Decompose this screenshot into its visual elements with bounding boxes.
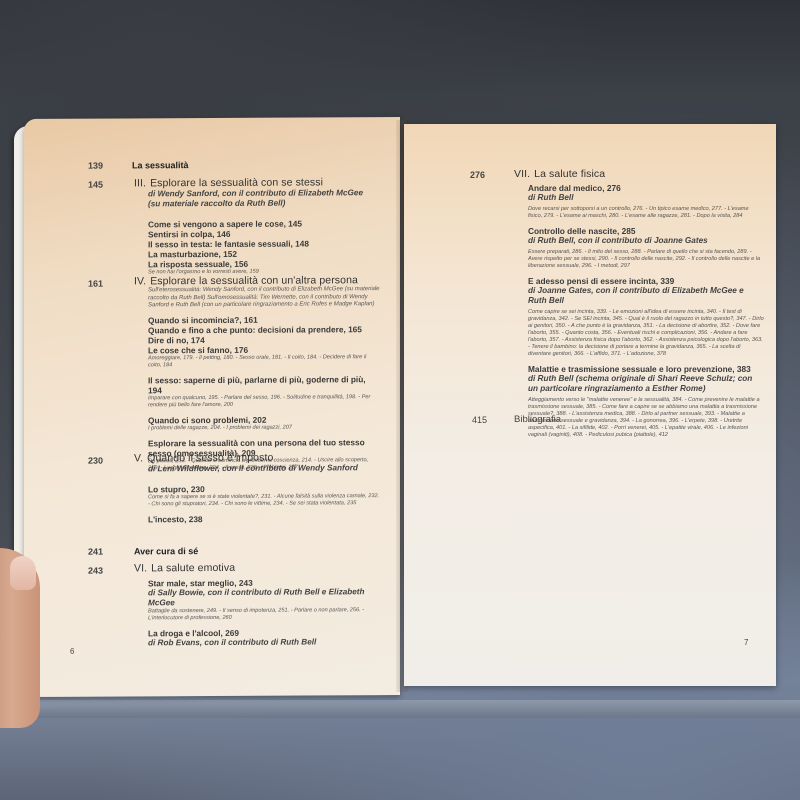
topic: Malattie e trasmissione sessuale e loro …: [528, 364, 764, 374]
subtopics: Dove recarsi per sottoporsi a un control…: [528, 206, 764, 220]
subtopics: Come capire se sei incinta, 339. - Le em…: [528, 309, 764, 358]
subtopics: Amoreggiare, 179. - Il petting, 180. - S…: [148, 354, 380, 369]
topic-author: di Ruth Bell (schema originale di Shari …: [528, 374, 764, 394]
left-page: 139 La sessualità 145 III.Esplorare la s…: [24, 117, 400, 697]
topic: E adesso pensi di essere incinta, 339: [528, 276, 764, 286]
subtopics: Battaglie da sostenere, 249. - Il senso …: [148, 607, 384, 622]
topic-author: di Joanne Gates, con il contributo di El…: [528, 286, 764, 306]
bibliography-title: Bibliografia: [514, 414, 561, 425]
topic: Controllo delle nascite, 285: [528, 226, 764, 236]
topic-list: Come si vengono a sapere le cose, 145 Se…: [148, 218, 374, 276]
chapter-author: di Wendy Sanford, con il contributo di E…: [148, 188, 374, 209]
topic-list: Quando si incomincia?, 161 Quando e fino…: [148, 314, 380, 472]
topic-list: Star male, star meglio, 243 di Sally Bow…: [148, 577, 384, 648]
chapter-page-number: 161: [88, 279, 103, 289]
topic-author: di Sally Bowie, con il contributo di Rut…: [148, 587, 384, 608]
part-title: La sessualità: [132, 160, 189, 170]
page-number: 7: [744, 638, 748, 647]
open-book: 139 La sessualità 145 III.Esplorare la s…: [0, 0, 800, 800]
chapter-title: VI.La salute emotiva: [134, 561, 384, 574]
subtopics: I problemi delle ragazze, 204. - I probl…: [148, 424, 380, 432]
page-number: 6: [70, 647, 74, 656]
chapter-author: di Leni Wildflower, con il contributo di…: [148, 463, 380, 474]
topic: L'incesto, 238: [148, 513, 380, 524]
topic: Andare dal medico, 276: [528, 183, 764, 193]
chapter-v: V.Quando il sesso è imposto di Leni Wild…: [134, 451, 380, 524]
chapter-page-number: 230: [88, 456, 103, 466]
chapter-vi: VI.La salute emotiva Star male, star meg…: [134, 561, 384, 648]
chapter-iii: III.Esplorare la sessualità con se stess…: [134, 176, 374, 276]
subtopics: Come si fa a sapere se si è state violen…: [148, 493, 380, 508]
subtopics: Essere preparati, 286. - Il mito del ses…: [528, 249, 764, 270]
part-page-number: 241: [88, 547, 103, 557]
right-page: 276 VII.La salute fisica Andare dal medi…: [404, 124, 776, 686]
topic-author: di Rob Evans, con il contributo di Ruth …: [148, 637, 384, 648]
chapter-page-number: 145: [88, 180, 103, 190]
topic-author: di Ruth Bell: [528, 193, 764, 203]
topic: Il sesso: saperne di più, parlarne di pi…: [148, 374, 380, 395]
topic-author: di Ruth Bell, con il contributo di Joann…: [528, 236, 764, 246]
part-page-number: 139: [88, 161, 103, 171]
chapter-page-number: 243: [88, 566, 103, 576]
topic-list: Andare dal medico, 276 di Ruth Bell Dove…: [528, 183, 764, 439]
subtopics: Imparare con qualcuno, 195. - Parlare de…: [148, 394, 380, 409]
part-title: Aver cura di sé: [134, 546, 198, 556]
subtopics: Atteggiamento verso le "malattie veneree…: [528, 397, 764, 439]
chapter-page-number: 276: [470, 170, 485, 180]
chapter-title: VII.La salute fisica: [514, 168, 764, 180]
topic: Quando e fino a che punto: decisioni da …: [148, 324, 380, 335]
chapter-iv: IV.Esplorare la sessualità con un'altra …: [134, 274, 380, 472]
bibliography-page-number: 415: [472, 415, 487, 425]
chapter-credits: Sull'eterosessualità: Wendy Sanford, con…: [148, 286, 380, 310]
topic-list: Lo stupro, 230 Come si fa a sapere se si…: [148, 483, 380, 524]
thumbnail-nail: [10, 556, 36, 590]
chapter-vii: VII.La salute fisica Andare dal medico, …: [514, 168, 764, 439]
